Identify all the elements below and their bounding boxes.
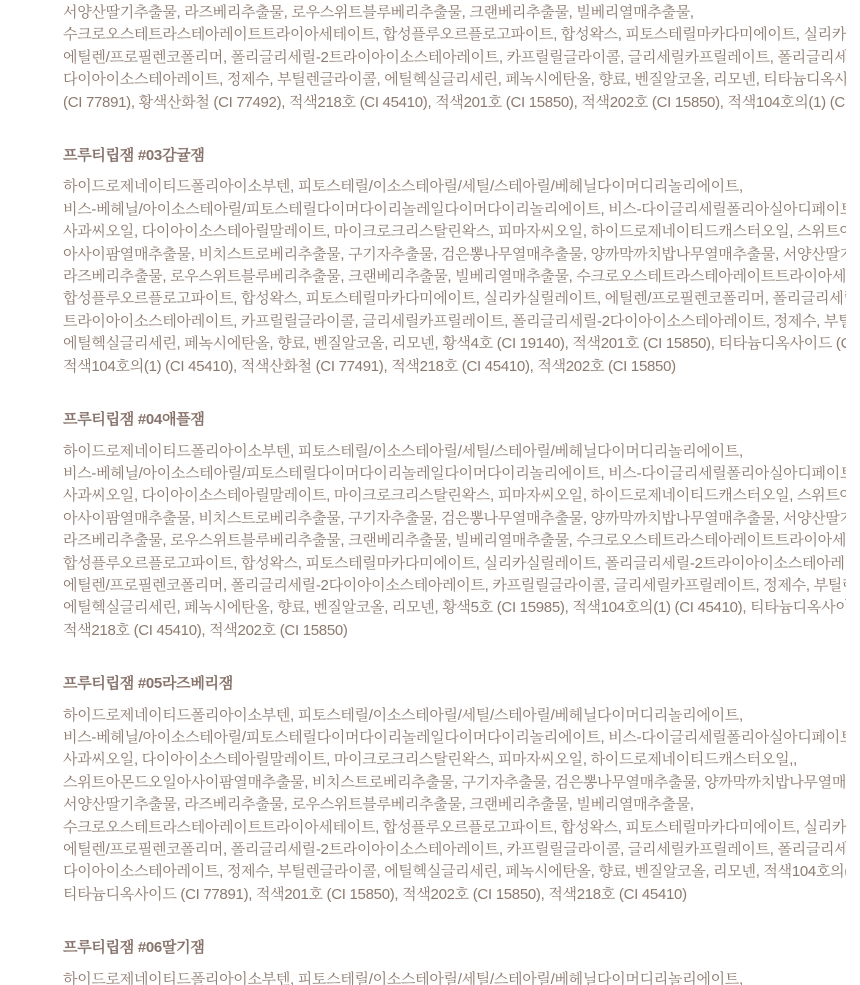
product-variant-heading: 프루티립잼 #06딸기잼 [63,937,846,959]
ingredient-line: 티타늄디옥사이드 (CI 77891), 적색201호 (CI 15850), … [63,884,846,906]
ingredient-list: 하이드로제네이티드폴리아이소부텐, 피토스테릴/이소스테아릴/세틸/스테아릴/베… [63,705,846,907]
product-variant-heading: 프루티립잼 #03감귤잼 [63,145,846,167]
ingredient-line: 합성플루오르플로고파이트, 합성왁스, 피토스테릴마카다미에이트, 실리카실릴레… [63,553,846,575]
ingredient-line: 사과씨오일, 다이아이소스테아릴말레이트, 마이크로크리스탈린왁스, 피마자씨오… [63,221,846,243]
product-sections: 프루티립잼 #03감귤잼하이드로제네이티드폴리아이소부텐, 피토스테릴/이소스테… [63,145,846,985]
ingredient-line: 다이아이소스테아레이트, 정제수, 부틸렌글라이콜, 에틸헥실글리세린, 페녹시… [63,69,846,91]
ingredient-line: 아사이팜열매추출물, 비치스트로베리추출물, 구기자추출물, 검은뽕나무열매추출… [63,244,846,266]
ingredient-line: 적색218호 (CI 45410), 적색202호 (CI 15850) [63,620,846,642]
product-section: 프루티립잼 #03감귤잼하이드로제네이티드폴리아이소부텐, 피토스테릴/이소스테… [63,145,846,378]
ingredient-line: 합성플루오르플로고파이트, 합성왁스, 피토스테릴마카다미에이트, 실리카실릴레… [63,288,846,310]
ingredient-line: 서양산딸기추출물, 라즈베리추출물, 로우스위트블루베리추출물, 크랜베리추출물… [63,2,846,24]
ingredient-line: 에틸렌/프로필렌코폴리머, 폴리글리세릴-2트라이아이소스테아레이트, 카프릴릴… [63,47,846,69]
ingredient-line: 에틸렌/프로필렌코폴리머, 폴리글리세릴-2트라이아이소스테아레이트, 카프릴릴… [63,839,846,861]
product-section: 프루티립잼 #04애플잼하이드로제네이티드폴리아이소부텐, 피토스테릴/이소스테… [63,409,846,642]
ingredient-line: 비스-베헤닐/아이소스테아릴/피토스테릴다이머다이리놀레일다이머다이리놀리에이트… [63,727,846,749]
ingredient-line: (CI 77891), 황색산화철 (CI 77492), 적색218호 (CI… [63,92,846,114]
ingredient-line: 다이아이소스테아레이트, 정제수, 부틸렌글라이콜, 에틸헥실글리세린, 페녹시… [63,861,846,883]
ingredient-line: 적색104호의(1) (CI 45410), 적색산화철 (CI 77491),… [63,356,846,378]
ingredient-line: 비스-베헤닐/아이소스테아릴/피토스테릴다이머다이리놀레일다이머다이리놀리에이트… [63,463,846,485]
ingredient-line: 트라이아이소스테아레이트, 카프릴릴글라이콜, 글리세릴카프릴레이트, 폴리글리… [63,311,846,333]
ingredient-line: 하이드로제네이티드폴리아이소부텐, 피토스테릴/이소스테아릴/세틸/스테아릴/베… [63,705,846,727]
ingredient-line: 하이드로제네이티드폴리아이소부텐, 피토스테릴/이소스테아릴/세틸/스테아릴/베… [63,969,846,985]
ingredient-info-page: 서양산딸기추출물, 라즈베리추출물, 로우스위트블루베리추출물, 크랜베리추출물… [0,0,860,985]
ingredient-line: 스위트아몬드오일아사이팜열매추출물, 비치스트로베리추출물, 구기자추출물, 검… [63,772,846,794]
product-variant-heading: 프루티립잼 #05라즈베리잼 [63,673,846,695]
ingredient-list: 하이드로제네이티드폴리아이소부텐, 피토스테릴/이소스테아릴/세틸/스테아릴/베… [63,969,846,985]
ingredient-list: 하이드로제네이티드폴리아이소부텐, 피토스테릴/이소스테아릴/세틸/스테아릴/베… [63,176,846,378]
ingredient-line: 에틸렌/프로필렌코폴리머, 폴리글리세릴-2다이아이소스테아레이트, 카프릴릴글… [63,575,846,597]
ingredient-line: 서양산딸기추출물, 라즈베리추출물, 로우스위트블루베리추출물, 크랜베리추출물… [63,794,846,816]
ingredient-line: 수크로오스테트라스테아레이트트라이아세테이트, 합성플루오르플로고파이트, 합성… [63,24,846,46]
product-section: 프루티립잼 #05라즈베리잼하이드로제네이티드폴리아이소부텐, 피토스테릴/이소… [63,673,846,906]
ingredient-line: 비스-베헤닐/아이소스테아릴/피토스테릴다이머다이리놀레일다이머다이리놀리에이트… [63,199,846,221]
ingredient-line: 에틸헥실글리세린, 페녹시에탄올, 향료, 벤질알코올, 리모넨, 황색4호 (… [63,333,846,355]
ingredient-line: 라즈베리추출물, 로우스위트블루베리추출물, 크랜베리추출물, 빌베리열매추출물… [63,266,846,288]
ingredient-list: 하이드로제네이티드폴리아이소부텐, 피토스테릴/이소스테아릴/세틸/스테아릴/베… [63,441,846,643]
ingredient-line: 사과씨오일, 다이아이소스테아릴말레이트, 마이크로크리스탈린왁스, 피마자씨오… [63,485,846,507]
ingredient-line: 수크로오스테트라스테아레이트트라이아세테이트, 합성플루오르플로고파이트, 합성… [63,817,846,839]
ingredient-line: 라즈베리추출물, 로우스위트블루베리추출물, 크랜베리추출물, 빌베리열매추출물… [63,530,846,552]
ingredient-line: 사과씨오일, 다이아이소스테아릴말레이트, 마이크로크리스탈린왁스, 피마자씨오… [63,749,846,771]
product-variant-heading: 프루티립잼 #04애플잼 [63,409,846,431]
ingredient-line: 하이드로제네이티드폴리아이소부텐, 피토스테릴/이소스테아릴/세틸/스테아릴/베… [63,441,846,463]
ingredient-line: 하이드로제네이티드폴리아이소부텐, 피토스테릴/이소스테아릴/세틸/스테아릴/베… [63,176,846,198]
product-section: 프루티립잼 #06딸기잼하이드로제네이티드폴리아이소부텐, 피토스테릴/이소스테… [63,937,846,985]
ingredient-list-continued: 서양산딸기추출물, 라즈베리추출물, 로우스위트블루베리추출물, 크랜베리추출물… [63,2,846,114]
ingredient-line: 에틸헥실글리세린, 페녹시에탄올, 향료, 벤질알코올, 리모넨, 황색5호 (… [63,597,846,619]
ingredient-line: 아사이팜열매추출물, 비치스트로베리추출물, 구기자추출물, 검은뽕나무열매추출… [63,508,846,530]
